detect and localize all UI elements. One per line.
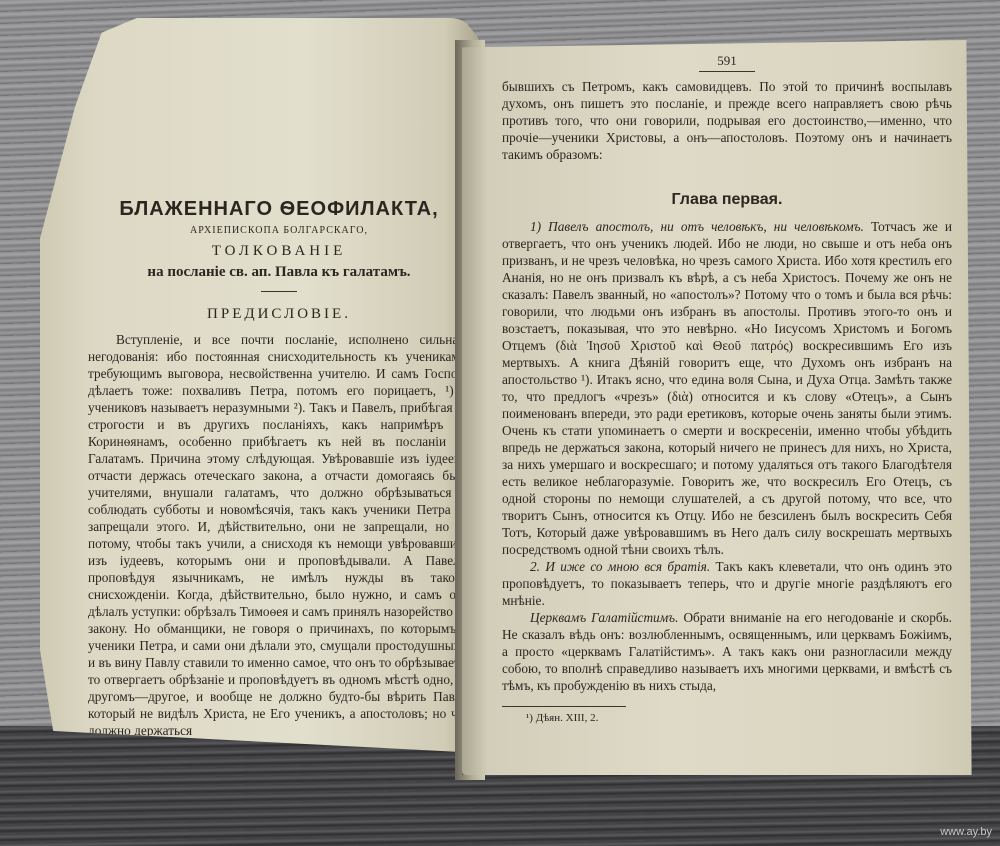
title-epistle: на посланіе св. ап. Павла къ галатамъ. [88, 264, 470, 281]
page-number-divider [699, 71, 755, 72]
verse-1-commentary: Тотчасъ же и отвергаетъ, что онъ ученикъ… [502, 219, 952, 557]
verse-3-paragraph: Церквамъ Галатійстимъ. Обрати вниманіе н… [502, 609, 952, 694]
title-commentary: ТОЛКОВАНІЕ [88, 243, 470, 260]
footnote: ¹) Дѣян. XIII, 2. [502, 712, 952, 725]
preface-heading: ПРЕДИСЛОВІЕ. [88, 306, 470, 323]
chapter-heading: Глава первая. [502, 191, 952, 208]
preface-paragraph: Вступленіе, и все почти посланіе, исполн… [88, 331, 470, 739]
verse-2-paragraph: 2. И иже со мною вся братія. Такъ какъ к… [502, 558, 952, 609]
left-page: БЛАЖЕННАГО ѲЕОФИЛАКТА, АРХІЕПИСКОПА БОЛГ… [40, 18, 480, 753]
title-main: БЛАЖЕННАГО ѲЕОФИЛАКТА, [88, 201, 470, 218]
verse-2-quote: 2. И иже со мною вся братія. [530, 559, 710, 574]
title-divider [261, 291, 297, 292]
title-subtitle: АРХІЕПИСКОПА БОЛГАРСКАГО, [88, 222, 470, 239]
intro-paragraph: бывшихъ съ Петромъ, какъ самовидцевъ. По… [502, 78, 952, 163]
right-page: 591 бывшихъ съ Петромъ, какъ самовидцевъ… [462, 40, 982, 775]
watermark: www.ay.by [940, 826, 992, 838]
footnote-divider [502, 706, 626, 707]
verse-1-quote: 1) Павелъ апостолъ, ни отъ человѣкъ, ни … [530, 219, 864, 234]
page-number: 591 [502, 52, 952, 69]
verse-3-quote: Церквамъ Галатійстимъ. [530, 610, 678, 625]
left-page-content: БЛАЖЕННАГО ѲЕОФИЛАКТА, АРХІЕПИСКОПА БОЛГ… [88, 201, 470, 777]
right-page-content: 591 бывшихъ съ Петромъ, какъ самовидцевъ… [502, 52, 952, 725]
verse-1-paragraph: 1) Павелъ апостолъ, ни отъ человѣкъ, ни … [502, 218, 952, 558]
